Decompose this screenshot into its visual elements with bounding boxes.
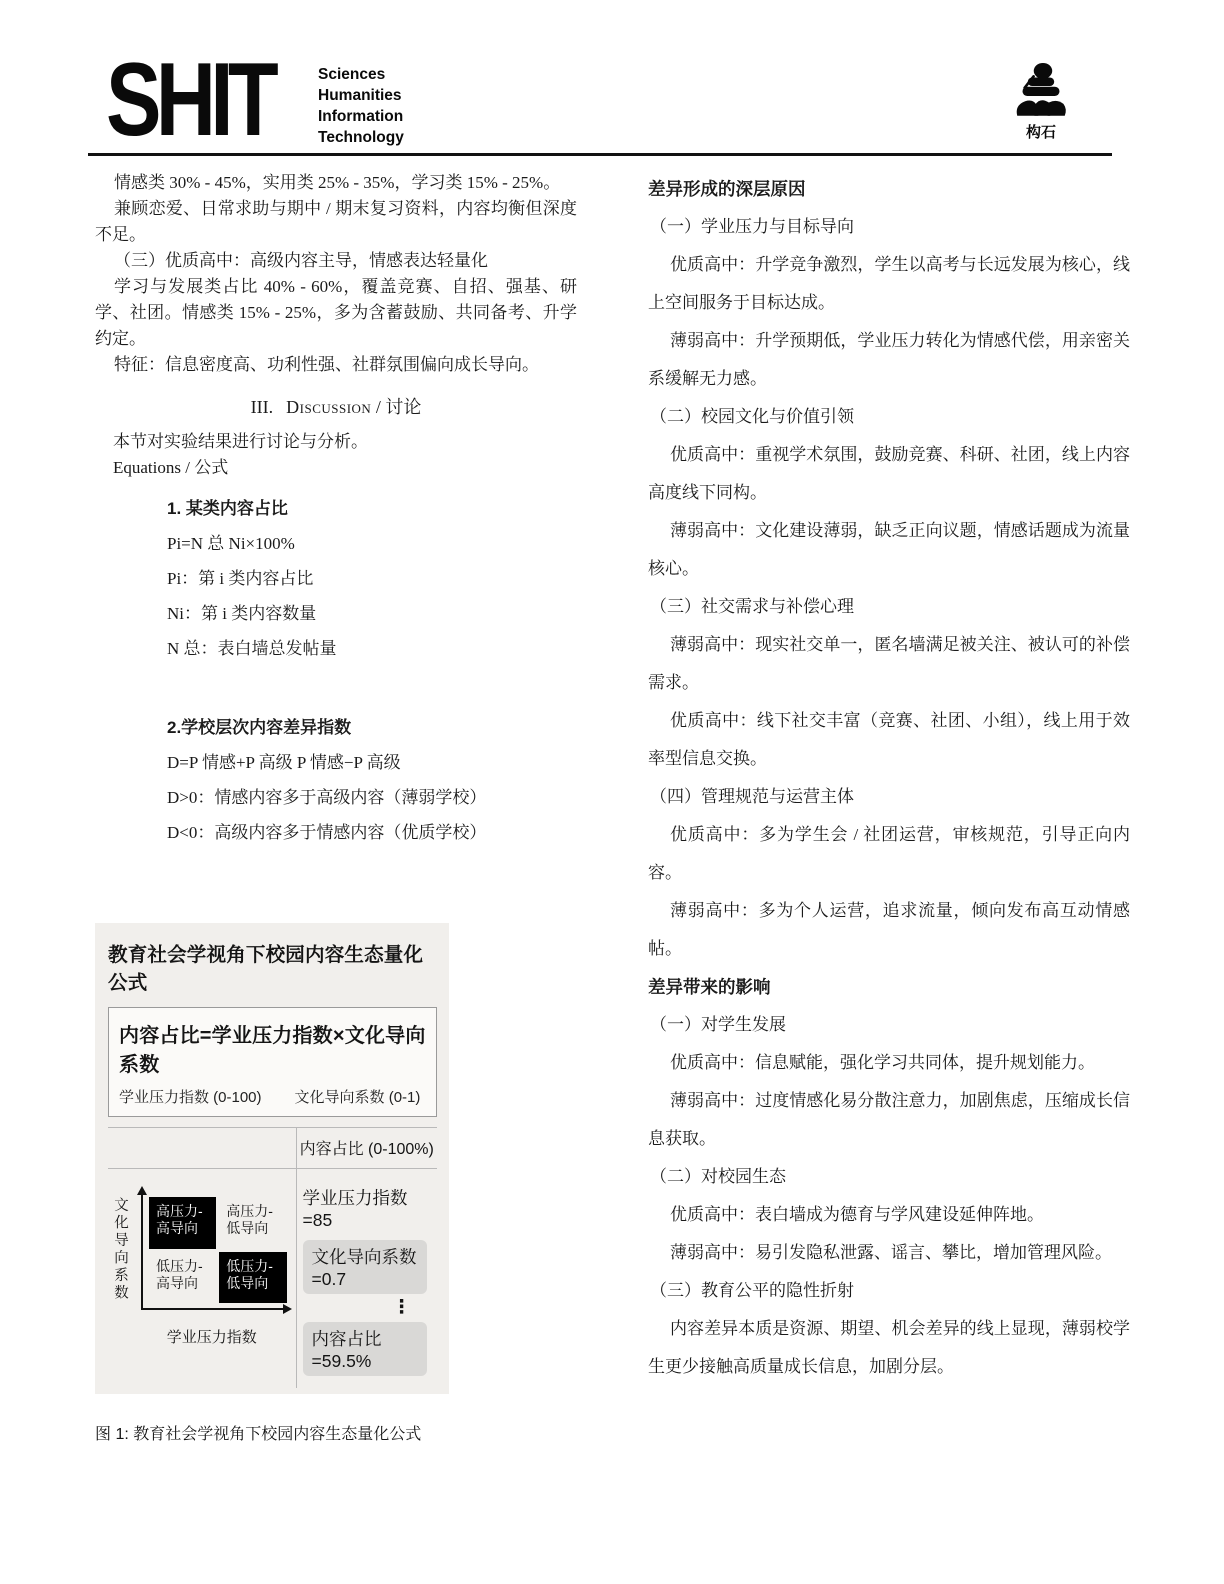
y-axis-label: 文化导向系数 xyxy=(110,1197,131,1380)
pressure-range-label: 学业压力指数 (0-100) xyxy=(119,1086,295,1107)
section-title: Discussion xyxy=(286,397,371,417)
paragraph: （二）校园文化与价值引领 xyxy=(648,398,1130,436)
paragraph: 优质高中：重视学术氛围，鼓励竞赛、科研、社团，线上内容高度线下同构。 xyxy=(648,436,1130,512)
ellipsis: ⋮ xyxy=(392,1298,411,1318)
output-range-label: 内容占比 (0-100%) xyxy=(296,1128,437,1169)
equation-line: N 总：表白墙总发帖量 xyxy=(167,631,577,666)
y-axis-arrow xyxy=(141,1190,143,1310)
x-axis-label: 学业压力指数 xyxy=(132,1326,292,1347)
culture-value-pill: 文化导向系数=0.7 xyxy=(303,1240,427,1294)
paragraph: 薄弱高中：易引发隐私泄露、谣言、攀比，增加管理风险。 xyxy=(648,1234,1130,1272)
paragraph: 薄弱高中：多为个人运营，追求流量，倾向发布高互动情感帖。 xyxy=(648,892,1130,968)
input-range-labels: 学业压力指数 (0-100) 文化导向系数 (0-1) xyxy=(119,1086,427,1107)
intro-paragraphs: 情感类 30% - 45%，实用类 25% - 35%，学习类 15% - 25… xyxy=(95,170,577,378)
quadrant-bottom-right: 低压力- 低导向 xyxy=(219,1252,286,1304)
tagline-line: Technology xyxy=(318,127,404,148)
journal-tagline: SciencesHumanitiesInformationTechnology xyxy=(318,64,404,148)
culture-range-label: 文化导向系数 (0-1) xyxy=(295,1086,427,1107)
quadrant-top-right: 高压力- 低导向 xyxy=(219,1197,286,1249)
figure-table: 内容占比 (0-100%) 文化导向系数 高压力- 高导向 高压力- 低导向 低… xyxy=(108,1127,437,1388)
paragraph: 薄弱高中：现实社交单一，匿名墙满足被关注、被认可的补偿需求。 xyxy=(648,626,1130,702)
paragraph: 优质高中：信息赋能，强化学习共同体，提升规划能力。 xyxy=(648,1044,1130,1082)
formula-box: 内容占比=学业压力指数×文化导向系数 学业压力指数 (0-100) 文化导向系数… xyxy=(108,1007,437,1117)
equation-line: Pi：第 i 类内容占比 xyxy=(167,561,577,596)
paragraph: 优质高中：多为学生会 / 社团运营，审核规范，引导正向内容。 xyxy=(648,816,1130,892)
quadrant-plot-area: 高压力- 高导向 高压力- 低导向 低压力- 高导向 低压力- 低导向 学业压力… xyxy=(132,1181,292,1380)
equation-line: D>0：情感内容多于高级内容（薄弱学校） xyxy=(167,780,577,815)
paragraph: 特征：信息密度高、功利性强、社群氛围偏向成长导向。 xyxy=(95,352,577,378)
paragraph: （三）优质高中：高级内容主导，情感表达轻量化 xyxy=(95,248,577,274)
equation-line: D<0：高级内容多于情感内容（优质学校） xyxy=(167,815,577,850)
section-heading: III.Discussion / 讨论 xyxy=(95,394,577,420)
paragraph: （三）社交需求与补偿心理 xyxy=(648,588,1130,626)
tagline-line: Sciences xyxy=(318,64,404,85)
section-title-cn: / 讨论 xyxy=(376,397,422,417)
header-rule xyxy=(88,153,1112,156)
tagline-line: Humanities xyxy=(318,85,404,106)
figure-caption: 图 1: 教育社会学视角下校园内容生态量化公式 xyxy=(95,1421,577,1444)
formula-text: 内容占比=学业压力指数×文化导向系数 xyxy=(119,1019,427,1077)
publisher-name: 构石 xyxy=(1000,121,1082,142)
paragraph: 薄弱高中：文化建设薄弱，缺乏正向议题，情感话题成为流量核心。 xyxy=(648,512,1130,588)
quadrant-top-left: 高压力- 高导向 xyxy=(149,1197,216,1249)
paragraph: 情感类 30% - 45%，实用类 25% - 35%，学习类 15% - 25… xyxy=(95,170,577,196)
equation-line: Pi=N 总 Ni×100% xyxy=(167,526,577,561)
journal-logo: SHIT xyxy=(106,58,273,143)
x-axis-arrow xyxy=(141,1308,289,1310)
equation-line: 2.学校层次内容差异指数 xyxy=(167,710,577,745)
figure-title: 教育社会学视角下校园内容生态量化公式 xyxy=(108,939,437,995)
tagline-line: Information xyxy=(318,106,404,127)
quadrant-bottom-left: 低压力- 高导向 xyxy=(149,1252,216,1304)
paragraph: 兼顾恋爱、日常求助与期中 / 期末复习资料，内容均衡但深度不足。 xyxy=(95,196,577,248)
paragraph: （四）管理规范与运营主体 xyxy=(648,778,1130,816)
quadrant-plot: 高压力- 高导向 高压力- 低导向 低压力- 高导向 低压力- 低导向 xyxy=(132,1181,292,1323)
paragraph: （三）教育公平的隐性折射 xyxy=(648,1272,1130,1310)
paragraph: 优质高中：线下社交丰富（竞赛、社团、小组），线上用于效率型信息交换。 xyxy=(648,702,1130,778)
paragraph: 薄弱高中：升学预期低，学业压力转化为情感代偿，用亲密关系缓解无力感。 xyxy=(648,322,1130,398)
quadrant-grid: 高压力- 高导向 高压力- 低导向 低压力- 高导向 低压力- 低导向 xyxy=(149,1197,287,1303)
paragraph: 薄弱高中：过度情感化易分散注意力，加剧焦虑，压缩成长信息获取。 xyxy=(648,1082,1130,1158)
paragraph: 内容差异本质是资源、期望、机会差异的线上显现，薄弱校学生更少接触高质量成长信息，… xyxy=(648,1310,1130,1386)
paragraph: 优质高中：升学竞争激烈，学生以高考与长远发展为核心，线上空间服务于目标达成。 xyxy=(648,246,1130,322)
publisher-logo: 构石 xyxy=(1000,60,1082,142)
equations: 1. 某类内容占比Pi=N 总 Ni×100%Pi：第 i 类内容占比Ni：第 … xyxy=(95,491,577,850)
paragraph: 差异形成的深层原因 xyxy=(648,170,1130,208)
paragraph: 优质高中：表白墙成为德育与学风建设延伸阵地。 xyxy=(648,1196,1130,1234)
equations-label: Equations / 公式 xyxy=(95,455,577,481)
pressure-value: 学业压力指数=85 xyxy=(303,1185,427,1231)
paragraph: （二）对校园生态 xyxy=(648,1158,1130,1196)
table-header-empty xyxy=(108,1128,296,1169)
quadrant-chart: 文化导向系数 高压力- 高导向 高压力- 低导向 低压力- 高导向 低压力- 低… xyxy=(108,1169,296,1388)
result-value-pill: 内容占比=59.5% xyxy=(303,1322,427,1376)
section-number: III. xyxy=(251,397,273,417)
paragraph: 学习与发展类占比 40% - 60%，覆盖竞赛、自招、强基、研学、社团。情感类 … xyxy=(95,274,577,352)
equation-line: Ni：第 i 类内容数量 xyxy=(167,596,577,631)
section-intro: 本节对实验结果进行讨论与分析。 xyxy=(95,429,577,455)
figure-panel: 教育社会学视角下校园内容生态量化公式 内容占比=学业压力指数×文化导向系数 学业… xyxy=(95,923,449,1394)
equation-line: D=P 情感+P 高级 P 情感−P 高级 xyxy=(167,745,577,780)
equation-line: 1. 某类内容占比 xyxy=(167,491,577,526)
paragraph: （一）对学生发展 xyxy=(648,1006,1130,1044)
left-column: 情感类 30% - 45%，实用类 25% - 35%，学习类 15% - 25… xyxy=(95,170,577,1444)
paragraph: 差异带来的影响 xyxy=(648,968,1130,1006)
example-values: 学业压力指数=85 文化导向系数=0.7 ⋮ 内容占比=59.5% xyxy=(296,1169,437,1388)
rock-cairn-icon xyxy=(1000,60,1082,120)
paragraph: （一）学业压力与目标导向 xyxy=(648,208,1130,246)
right-column: 差异形成的深层原因（一）学业压力与目标导向优质高中：升学竞争激烈，学生以高考与长… xyxy=(648,170,1130,1386)
paper-page: SHIT SciencesHumanitiesInformationTechno… xyxy=(0,0,1224,1584)
